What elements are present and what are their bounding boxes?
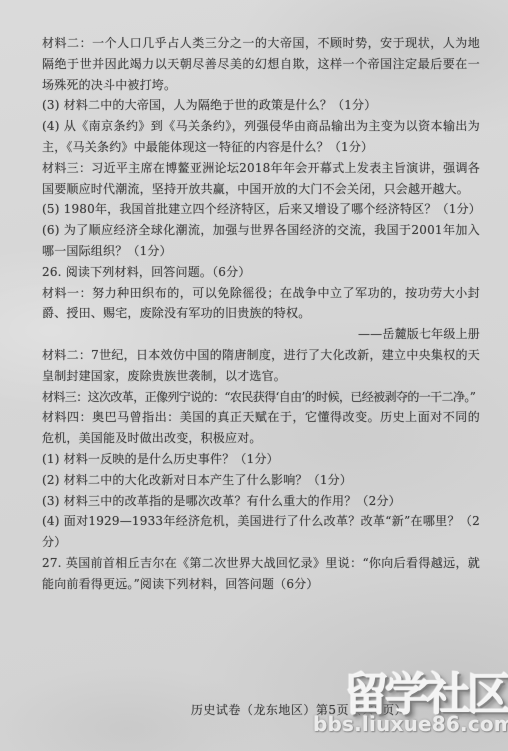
q26-material-4: 材料四：奥巴马曾指出：美国的真正天赋在于，它懂得改变。历史上面对不同的危机，美国… bbox=[42, 407, 480, 449]
watermark-logo-text: 留学社区 bbox=[313, 672, 508, 717]
q25-material-3: 材料三：习近平主席在博鳌亚洲论坛2018年年会开幕式上发表主旨演讲，强调各国要顺… bbox=[42, 158, 480, 200]
q25-question-4: (4) 从《南京条约》到《马关条约》，列强侵华由商品输出为主变为以资本输出为主，… bbox=[42, 116, 480, 158]
q26-title: 26. 阅读下列材料，回答问题。（6分） bbox=[42, 262, 480, 283]
q25-question-5: (5) 1980年，我国首批建立四个经济特区，后来又增设了哪个经济特区？（1分） bbox=[42, 199, 480, 220]
q25-material-2: 材料二：一个人口几乎占人类三分之一的大帝国，不顾时势，安于现状，人为地隔绝于世并… bbox=[42, 33, 480, 95]
q26-question-1: (1) 材料一反映的是什么历史事件？（1分） bbox=[42, 449, 480, 470]
exam-content: 材料二：一个人口几乎占人类三分之一的大帝国，不顾时势，安于现状，人为地隔绝于世并… bbox=[42, 33, 480, 595]
q25-question-6: (6) 为了顺应经济全球化潮流，加强与世界各国经济的交流，我国于2001年加入哪… bbox=[42, 220, 480, 262]
q26-source-citation: ——岳麓版七年级上册 bbox=[42, 324, 480, 345]
q26-material-2: 材料二：7世纪，日本效仿中国的隋唐制度，进行了大化改新，建立中央集权的天皇制封建… bbox=[42, 345, 480, 387]
exam-paper-scan: 材料二：一个人口几乎占人类三分之一的大帝国，不顾时势，安于现状，人为地隔绝于世并… bbox=[0, 0, 508, 751]
q25-question-3: (3) 材料二中的大帝国，人为隔绝于世的政策是什么？（1分） bbox=[42, 95, 480, 116]
q26-material-3: 材料三：这次改革，正像列宁说的：“农民获得‘自由’的时候，已经被剥夺的一干二净。… bbox=[42, 387, 480, 408]
watermark-url-text: bbs.liuxue86.com bbox=[313, 714, 508, 734]
q26-question-3: (3) 材料三中的改革指的是哪次改革？有什么重大的作用？（2分） bbox=[42, 491, 480, 512]
q26-question-4: (4) 面对1929—1933年经济危机，美国进行了什么改革？改革“新”在哪里？… bbox=[42, 511, 480, 553]
q26-material-1: 材料一：努力种田织布的，可以免除徭役；在战争中立了军功的，按功劳大小封爵、授田、… bbox=[42, 283, 480, 325]
q27-intro: 27. 英国前首相丘吉尔在《第二次世界大战回忆录》里说：“你向后看得越远，就能向… bbox=[42, 553, 480, 595]
q26-question-2: (2) 材料二中的大化改新对日本产生了什么影响？（1分） bbox=[42, 470, 480, 491]
watermark: 留学社区 bbs.liuxue86.com bbox=[313, 672, 508, 734]
